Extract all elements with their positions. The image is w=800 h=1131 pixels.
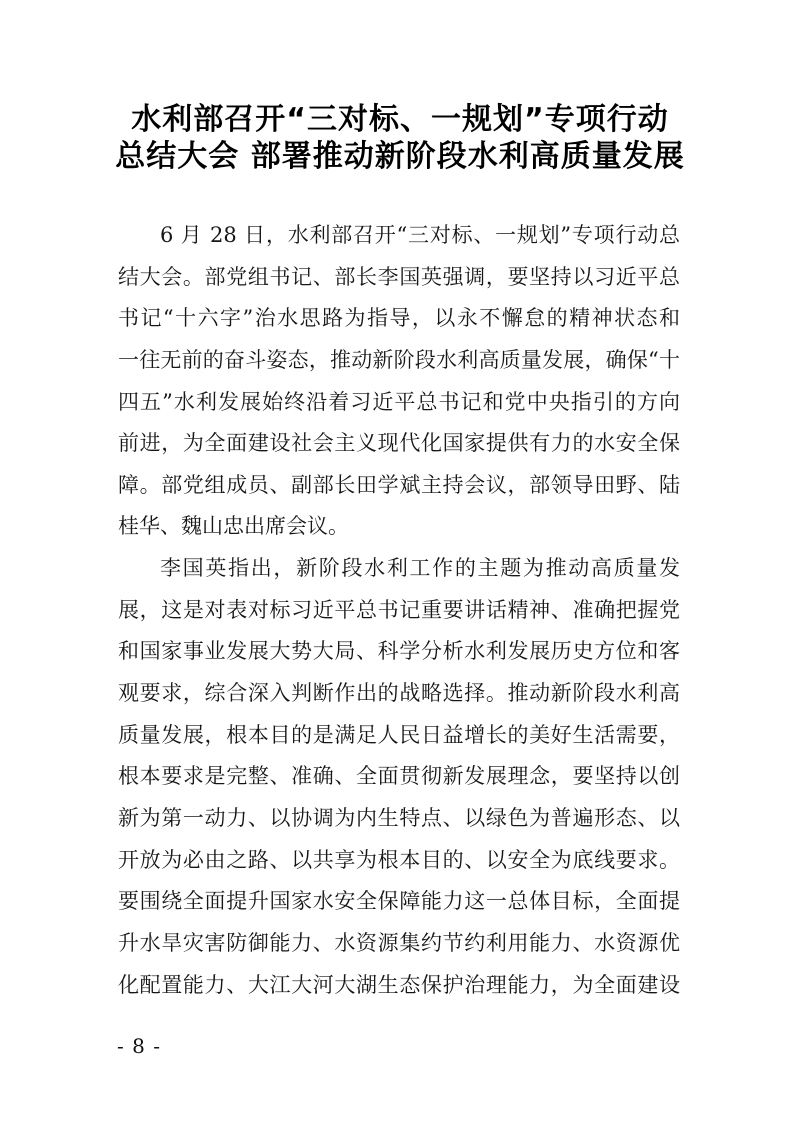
text-line: 展，这是对表对标习近平总书记重要讲话精神、准确把握党 bbox=[118, 590, 680, 632]
text-line: 四五”水利发展始终沿着习近平总书记和党中央指引的方向 bbox=[118, 382, 680, 424]
text-line: 根本要求是完整、准确、全面贯彻新发展理念，要坚持以创 bbox=[118, 756, 680, 798]
page-number: - 8 - bbox=[117, 1035, 161, 1057]
paragraph-1: 6 月 28 日，水利部召开“三对标、一规划”专项行动总 结大会。部党组书记、部… bbox=[118, 215, 680, 548]
text-line: 障。部党组成员、副部长田学斌主持会议，部领导田野、陆 bbox=[118, 465, 680, 507]
document-body: 6 月 28 日，水利部召开“三对标、一规划”专项行动总 结大会。部党组书记、部… bbox=[118, 215, 680, 1006]
text-line: 前进，为全面建设社会主义现代化国家提供有力的水安全保 bbox=[118, 423, 680, 465]
text-line: 要围绕全面提升国家水安全保障能力这一总体目标，全面提 bbox=[118, 881, 680, 923]
text-line: 开放为必由之路、以共享为根本目的、以安全为底线要求。 bbox=[118, 840, 680, 882]
text-line: 6 月 28 日，水利部召开“三对标、一规划”专项行动总 bbox=[118, 215, 680, 257]
text-line: 一往无前的奋斗姿态，推动新阶段水利高质量发展，确保“十 bbox=[118, 340, 680, 382]
document-page: 水利部召开“三对标、一规划”专项行动 总结大会 部署推动新阶段水利高质量发展 6… bbox=[0, 0, 800, 1131]
text-line: 李国英指出，新阶段水利工作的主题为推动高质量发 bbox=[118, 548, 680, 590]
text-line: 观要求，综合深入判断作出的战略选择。推动新阶段水利高 bbox=[118, 673, 680, 715]
text-line: 书记“十六字”治水思路为指导，以永不懈怠的精神状态和 bbox=[118, 298, 680, 340]
text-line: 化配置能力、大江大河大湖生态保护治理能力，为全面建设 bbox=[118, 965, 680, 1007]
text-line: 新为第一动力、以协调为内生特点、以绿色为普遍形态、以 bbox=[118, 798, 680, 840]
text-line: 升水旱灾害防御能力、水资源集约节约利用能力、水资源优 bbox=[118, 923, 680, 965]
text-line: 和国家事业发展大势大局、科学分析水利发展历史方位和客 bbox=[118, 631, 680, 673]
text-line: 桂华、魏山忠出席会议。 bbox=[118, 506, 680, 548]
paragraph-2: 李国英指出，新阶段水利工作的主题为推动高质量发 展，这是对表对标习近平总书记重要… bbox=[118, 548, 680, 1006]
document-title-line-1: 水利部召开“三对标、一规划”专项行动 bbox=[60, 101, 740, 138]
document-title: 水利部召开“三对标、一规划”专项行动 总结大会 部署推动新阶段水利高质量发展 bbox=[60, 101, 740, 175]
text-line: 结大会。部党组书记、部长李国英强调，要坚持以习近平总 bbox=[118, 257, 680, 299]
document-title-line-2: 总结大会 部署推动新阶段水利高质量发展 bbox=[60, 138, 740, 175]
text-line: 质量发展，根本目的是满足人民日益增长的美好生活需要， bbox=[118, 715, 680, 757]
